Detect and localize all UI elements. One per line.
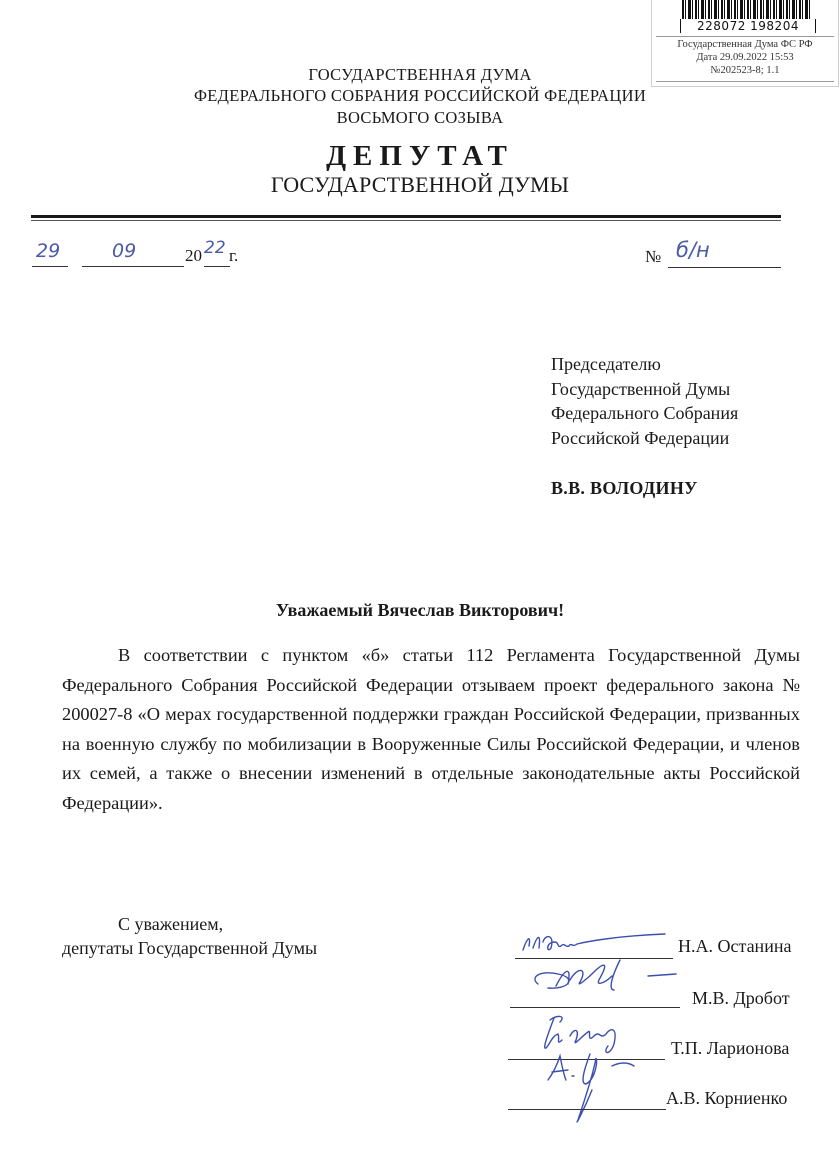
closing-line2: депутаты Государственной Думы xyxy=(62,936,317,960)
addressee-line: Председателю xyxy=(551,352,738,377)
date-year-suffix: 22 xyxy=(204,238,226,258)
underline xyxy=(204,266,230,267)
letter-body: В соответствии с пунктом «б» статьи 112 … xyxy=(62,641,800,819)
letterhead-rule xyxy=(31,215,781,218)
addressee-line: Государственной Думы xyxy=(551,377,738,402)
date-day: 29 xyxy=(36,240,60,262)
addressee-line: Федерального Собрания xyxy=(551,401,738,426)
stamp-divider xyxy=(656,36,834,37)
letterhead-line2: ФЕДЕРАЛЬНОГО СОБРАНИЯ РОССИЙСКОЙ ФЕДЕРАЦ… xyxy=(0,86,840,106)
letterhead-line1: ГОСУДАРСТВЕННАЯ ДУМА xyxy=(0,65,840,85)
signature-line xyxy=(510,1007,680,1008)
addressee-block: Председателю Государственной Думы Федера… xyxy=(551,352,738,450)
outgoing-number-field: № б/н xyxy=(640,238,785,270)
stamp-organization: Государственная Дума ФС РФ xyxy=(652,39,838,51)
signatory-name: М.В. Дробот xyxy=(692,988,790,1009)
closing-block: С уважением, депутаты Государственной Ду… xyxy=(62,912,317,960)
addressee-line: Российской Федерации xyxy=(551,426,738,451)
signatory-name: Н.А. Останина xyxy=(678,936,791,957)
letterhead-line3: ВОСЬМОГО СОЗЫВА xyxy=(0,108,840,128)
signature-icon xyxy=(528,956,708,996)
number-label: № xyxy=(645,247,661,267)
date-year-mark: г. xyxy=(229,246,238,266)
signatory-name: А.В. Корниенко xyxy=(666,1088,787,1109)
signature-row: М.В. Дробот xyxy=(510,970,840,1000)
date-year-prefix: 20 xyxy=(185,246,202,266)
signature-row: А.В. Корниенко xyxy=(508,1080,840,1110)
letterhead-rule-thin xyxy=(31,220,781,221)
underline xyxy=(82,266,184,267)
salutation: Уважаемый Вячеслав Викторович! xyxy=(0,600,840,621)
letterhead-title: ДЕПУТАТ xyxy=(0,140,840,172)
stamp-date: Дата 29.09.2022 15:53 xyxy=(652,52,838,64)
letterhead-subtitle: ГОСУДАРСТВЕННОЙ ДУМЫ xyxy=(0,172,840,198)
addressee-name: В.В. ВОЛОДИНУ xyxy=(551,478,698,499)
signature-icon xyxy=(515,928,675,958)
signature-line xyxy=(508,1109,666,1110)
date-month: 09 xyxy=(112,240,136,262)
underline xyxy=(32,266,68,267)
closing-line1: С уважением, xyxy=(62,912,317,936)
date-field: 29 09 20 22 г. xyxy=(30,238,280,270)
underline xyxy=(668,267,781,268)
number-value: б/н xyxy=(676,238,710,262)
barcode-number: 228072 198204 xyxy=(680,19,816,33)
